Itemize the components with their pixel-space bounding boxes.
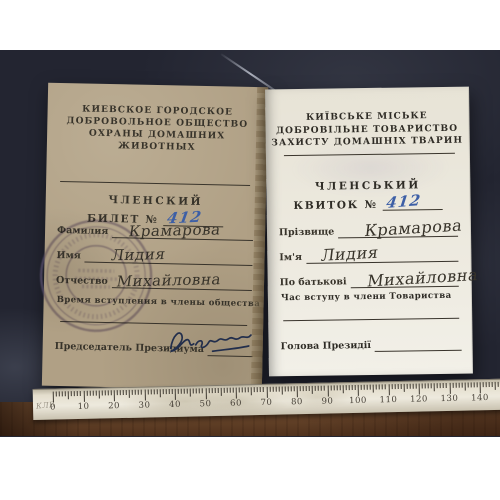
ruler-tick (62, 391, 63, 396)
ruler-tick (409, 384, 410, 389)
ruler-tick (156, 389, 157, 394)
ruler-tick (467, 382, 468, 387)
ruler-tick (153, 389, 154, 394)
chairman-line (375, 334, 462, 352)
ruler-tick (132, 390, 133, 395)
blank-date-line (60, 321, 247, 326)
ruler-tick (202, 388, 203, 393)
ruler-tick (318, 386, 319, 391)
ruler-tick (211, 388, 212, 393)
ruler-tick (385, 384, 386, 389)
ruler-tick (355, 385, 356, 390)
ruler-tick (364, 385, 365, 390)
ruler-tick (327, 386, 328, 397)
ruler-tick (242, 387, 243, 392)
ruler-number: 30 (139, 400, 151, 410)
ruler-tick (306, 386, 307, 391)
ruler-tick (56, 391, 57, 396)
ruler-tick (83, 391, 84, 402)
field-value-handwritten: Лидия (110, 245, 167, 264)
ruler-tick (239, 387, 240, 392)
org-name-uk: КИЇВСЬКЕ МІСЬКЕ ДОБРОВІЛЬНЕ ТОВАРИСТВО З… (265, 110, 469, 150)
ruler-tick (315, 386, 316, 391)
ruler-tick (330, 385, 331, 390)
field-line: Крамарова (112, 221, 253, 241)
ruler-tick (272, 387, 273, 392)
ruler-tick (489, 382, 490, 387)
field-line: Михайловна (112, 271, 253, 291)
field-value-handwritten: Крамарова (128, 220, 223, 240)
ruler-tick (367, 385, 368, 390)
ruler-tick (394, 384, 395, 389)
ruler-tick (486, 382, 487, 387)
ruler-tick (147, 389, 148, 394)
ruler-tick (248, 387, 249, 392)
ruler-tick (480, 382, 481, 393)
ruler-tick (339, 385, 340, 390)
ruler-tick (263, 387, 264, 392)
ruler-tick (428, 383, 429, 388)
member-number-handwritten: 412 (385, 191, 422, 212)
ruler-tick (358, 385, 359, 396)
ruler-tick (425, 383, 426, 388)
signature (162, 326, 255, 358)
ruler-tick (275, 387, 276, 392)
ruler-number: 10 (78, 402, 90, 412)
ruler-tick (230, 388, 231, 393)
ruler-tick (477, 382, 478, 387)
ruler-tick (422, 383, 423, 388)
field-value-handwritten: Михайловна (366, 265, 479, 290)
joining-date-label-ru: Время вступления в члены общества (57, 295, 254, 309)
org-name-ru: КИЕВСКОЕ ГОРОДСКОЕ ДОБРОВОЛЬНОЕ ОБЩЕСТВО… (47, 103, 268, 156)
field-value-handwritten: Лидия (320, 243, 380, 265)
ruler-tick (324, 386, 325, 391)
divider-rule (284, 153, 455, 156)
field-label: Прізвище (279, 226, 334, 239)
field-label: Фамилия (57, 225, 108, 238)
ruler-tick (431, 383, 432, 388)
ruler-tick (120, 390, 121, 395)
number-line: 412 (383, 193, 443, 211)
ruler-tick (400, 384, 401, 389)
ruler-tick (102, 390, 103, 395)
ruler-tick (53, 392, 54, 403)
ruler-number: 120 (410, 394, 428, 404)
ruler-tick (376, 384, 377, 389)
field-row-surname-ru: Фамилия Крамарова (57, 219, 253, 241)
ruler-tick (403, 384, 404, 392)
ruler-tick (449, 383, 450, 394)
ruler-tick (461, 383, 462, 388)
right-page: КИЇВСЬКЕ МІСЬКЕ ДОБРОВІЛЬНЕ ТОВАРИСТВО З… (265, 87, 473, 377)
ruler-tick (65, 391, 66, 396)
ruler-tick (150, 389, 151, 394)
chairman-row-ru: Председатель Президиума (55, 335, 253, 357)
ruler-tick (245, 387, 246, 392)
ruler-number: 130 (441, 394, 459, 404)
field-value-handwritten: Михайловна (116, 270, 223, 290)
ruler-tick (74, 391, 75, 396)
ruler-tick (89, 391, 90, 396)
ruler-tick (138, 390, 139, 395)
ruler-tick (266, 387, 267, 398)
ruler-tick (446, 383, 447, 388)
ruler-tick (345, 385, 346, 390)
ruler-tick (440, 383, 441, 388)
ruler-tick (309, 386, 310, 391)
ruler-tick (159, 389, 160, 397)
ruler-number: 20 (108, 401, 120, 411)
ruler-tick (141, 390, 142, 395)
ruler-tick (278, 387, 279, 392)
ruler-tick (236, 388, 237, 399)
ruler-tick (193, 388, 194, 393)
ruler-tick (208, 388, 209, 393)
ruler-tick (129, 390, 130, 398)
ruler-tick (498, 382, 499, 387)
ruler-tick (175, 389, 176, 400)
ruler-tick (123, 390, 124, 395)
ruler-tick (443, 383, 444, 388)
ruler-tick (455, 383, 456, 388)
ruler-tick (406, 384, 407, 389)
ruler-tick (86, 391, 87, 396)
field-value-handwritten: Крамарова (363, 216, 463, 241)
ruler-tick (437, 383, 438, 388)
ruler-tick (391, 384, 392, 389)
ruler-tick (162, 389, 163, 394)
blank-date-line (283, 318, 459, 321)
photo-frame: КИЕВСКОЕ ГОРОДСКОЕ ДОБРОВОЛЬНОЕ ОБЩЕСТВО… (0, 0, 500, 500)
ruler-tick (68, 391, 69, 399)
field-row-patronymic-ru: Отчество Михайловна (56, 269, 252, 291)
ruler-tick (126, 390, 127, 395)
ruler-tick (257, 387, 258, 392)
ruler-tick (382, 384, 383, 389)
ruler-tick (178, 389, 179, 394)
ruler-tick (434, 383, 435, 391)
field-line: Крамарова (338, 220, 458, 239)
ruler-tick (452, 383, 453, 388)
ruler-tick (397, 384, 398, 389)
ruler-tick (361, 385, 362, 390)
ruler-tick (495, 382, 496, 390)
ruler-tick (95, 391, 96, 396)
ruler-tick (214, 388, 215, 393)
ruler-number: 80 (291, 397, 303, 407)
chairman-row-uk: Голова Президії (280, 333, 461, 354)
ruler-tick (199, 388, 200, 393)
field-row-patronymic-uk: По батькові Михайловна (280, 269, 459, 289)
ruler-number: 40 (169, 400, 181, 410)
ruler-tick (352, 385, 353, 390)
chairman-label: Голова Президії (281, 340, 371, 353)
ruler-tick (205, 388, 206, 399)
ruler-tick (190, 389, 191, 397)
ruler-tick (71, 391, 72, 396)
ruler-tick (300, 386, 301, 391)
ruler-tick (348, 385, 349, 390)
ruler-tick (483, 382, 484, 387)
field-label: Отчество (56, 275, 108, 288)
ruler-tick (144, 390, 145, 401)
ruler-tick (342, 385, 343, 393)
ruler-tick (303, 386, 304, 391)
field-line: Лидия (85, 246, 253, 267)
ruler-tick (464, 383, 465, 391)
ruler-number: 110 (380, 395, 398, 405)
ruler-tick (251, 387, 252, 395)
ruler-tick (187, 389, 188, 394)
photo-area: КИЕВСКОЕ ГОРОДСКОЕ ДОБРОВОЛЬНОЕ ОБЩЕСТВО… (0, 50, 500, 437)
divider-rule (60, 181, 250, 186)
card-title-uk: ЧЛЕНСЬКИЙ (266, 179, 469, 194)
field-line: Михайловна (350, 270, 458, 289)
ruler-tick (281, 387, 282, 395)
ruler-tick (269, 387, 270, 392)
ruler-number: 50 (200, 399, 212, 409)
org-line: ЗАХИСТУ ДОМАШНІХ ТВАРИН (266, 135, 469, 150)
ruler-tick (413, 384, 414, 389)
ruler-tick (220, 388, 221, 396)
field-label: Ім'я (279, 252, 302, 264)
ruler-tick (254, 387, 255, 392)
ruler-tick (297, 386, 298, 397)
ruler-number: 90 (321, 396, 333, 406)
ruler-tick (98, 391, 99, 399)
ruler-tick (458, 383, 459, 388)
ruler-tick (80, 391, 81, 396)
ruler-tick (388, 384, 389, 395)
ruler-tick (379, 384, 380, 389)
field-line: Лидия (306, 245, 459, 264)
ruler-tick (111, 390, 112, 395)
left-page: КИЕВСКОЕ ГОРОДСКОЕ ДОБРОВОЛЬНОЕ ОБЩЕСТВО… (42, 83, 268, 391)
ruler-tick (196, 388, 197, 393)
ruler-number: 70 (260, 398, 272, 408)
joining-date-label-uk: Час вступу в члени Товариства (281, 291, 461, 304)
ruler-tick (77, 391, 78, 396)
number-label-uk: КВИТОК № (293, 199, 377, 212)
ruler-tick (227, 388, 228, 393)
ruler-tick (492, 382, 493, 387)
ruler-number: 100 (349, 396, 367, 406)
field-label: По батькові (280, 276, 347, 289)
chairman-line (208, 339, 253, 357)
ruler-tick (294, 386, 295, 391)
ruler-tick (419, 384, 420, 395)
field-label: Имя (56, 250, 80, 263)
ruler-number: 60 (230, 398, 242, 408)
ruler-tick (470, 382, 471, 387)
ruler-tick (321, 386, 322, 391)
ruler-tick (474, 382, 475, 387)
ruler-tick (333, 385, 334, 390)
ruler-tick (184, 389, 185, 394)
ruler-number: 0 (50, 402, 56, 412)
ruler-tick (336, 385, 337, 390)
ruler-tick (181, 389, 182, 394)
ruler-tick (284, 386, 285, 391)
ruler-number: 140 (471, 393, 489, 403)
ruler-tick (233, 388, 234, 393)
letterbox-bottom (0, 437, 500, 500)
ruler-tick (172, 389, 173, 394)
ruler-tick (169, 389, 170, 394)
ruler-tick (373, 385, 374, 393)
ruler-tick (288, 386, 289, 391)
ruler-tick (291, 386, 292, 391)
field-row-firstname-ru: Имя Лидия (56, 244, 252, 266)
field-row-surname-uk: Прізвище Крамарова (279, 219, 458, 239)
ruler-tick (117, 390, 118, 395)
ruler-tick (59, 391, 60, 396)
ruler-tick (166, 389, 167, 394)
ruler-tick (108, 390, 109, 395)
ruler-tick (105, 390, 106, 395)
ruler-tick (312, 386, 313, 394)
ruler-tick (416, 384, 417, 389)
ruler-tick (370, 385, 371, 390)
ruler-tick (92, 391, 93, 396)
ruler-tick (114, 390, 115, 401)
field-row-firstname-uk: Ім'я Лидия (279, 244, 458, 264)
ruler-tick (260, 387, 261, 392)
ruler-tick (217, 388, 218, 393)
ruler-tick (223, 388, 224, 393)
ruler-tick (135, 390, 136, 395)
letterbox-top (0, 0, 500, 50)
card-number-row-uk: КВИТОК № 412 (266, 193, 469, 213)
